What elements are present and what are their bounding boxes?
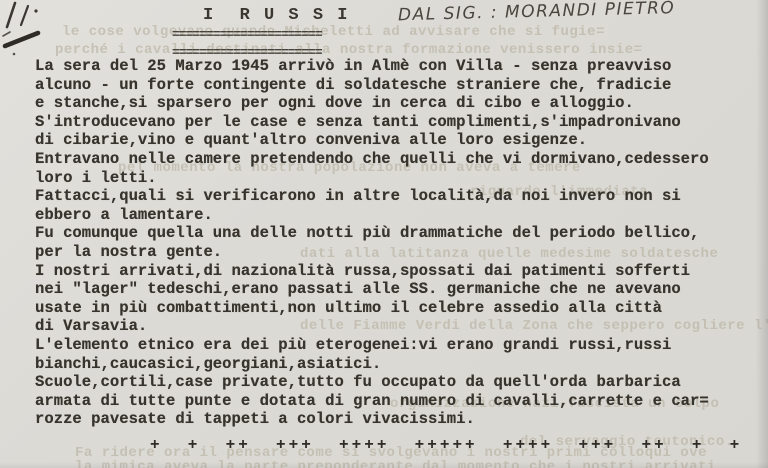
typed-body: La sera del 25 Marzo 1945 arrivò in Almè…	[35, 57, 745, 429]
title-underline-row: ======================	[172, 32, 322, 38]
pen-marks-icon	[0, 0, 60, 60]
typed-line: alcuno - un forte contingente di soldate…	[35, 76, 745, 95]
typed-line: rozze pavesate di tappeti a colori vivac…	[35, 410, 745, 429]
typed-line: bianchi,caucasici,georgiani,asiatici.	[35, 355, 745, 374]
typed-line: L'elemento etnico era dei più eterogenei…	[35, 336, 745, 355]
typed-line: I nostri arrivati,di nazionalità russa,s…	[35, 262, 745, 281]
typed-line: loro i letti.	[35, 169, 745, 188]
typed-line: di Varsavia.	[35, 317, 745, 336]
typed-line: Scuole,cortili,case private,tutto fu occ…	[35, 373, 745, 392]
typed-line: S'introducevano per le case e senza tant…	[35, 113, 745, 132]
typed-line: armata di tutte punte e dotata di gran n…	[35, 392, 745, 411]
scan-edge-shadow	[756, 0, 768, 468]
handwritten-annotation: DAL SIG. : MORANDI PIETRO	[398, 0, 728, 25]
plus-separator-row: + + ++ +++ ++++ +++++ ++++ +++ ++ + +	[150, 436, 742, 454]
typed-line: di cibarie,vino e quant'altro conveniva …	[35, 131, 745, 150]
bleedthrough-text: perché i cavalli destinati alla nostra f…	[55, 42, 643, 58]
title-underline-row: ======================	[172, 50, 322, 56]
typed-line: per la nostra gente.	[35, 243, 745, 262]
typed-line: e stanche,si sparsero per ogni dove in c…	[35, 94, 745, 113]
typed-line: Fu comunque quella una delle notti più d…	[35, 224, 745, 243]
typed-line: usate in più combattimenti,non ultimo il…	[35, 299, 745, 318]
scanned-page: le cose volgevano quando Micheletti ad a…	[0, 0, 768, 468]
typed-line: Fattacci,quali si verificarono in altre …	[35, 187, 745, 206]
typed-line: Entravano nelle camere pretendendo che q…	[35, 150, 745, 169]
typed-line: nei "lager" tedeschi,erano passati alle …	[35, 280, 745, 299]
bleedthrough-text: le cose volgevano quando Micheletti ad a…	[62, 24, 605, 40]
typed-line: La sera del 25 Marzo 1945 arrivò in Almè…	[35, 57, 745, 76]
scan-edge-shadow	[0, 462, 768, 468]
typed-line: ebbero a lamentare.	[35, 206, 745, 225]
